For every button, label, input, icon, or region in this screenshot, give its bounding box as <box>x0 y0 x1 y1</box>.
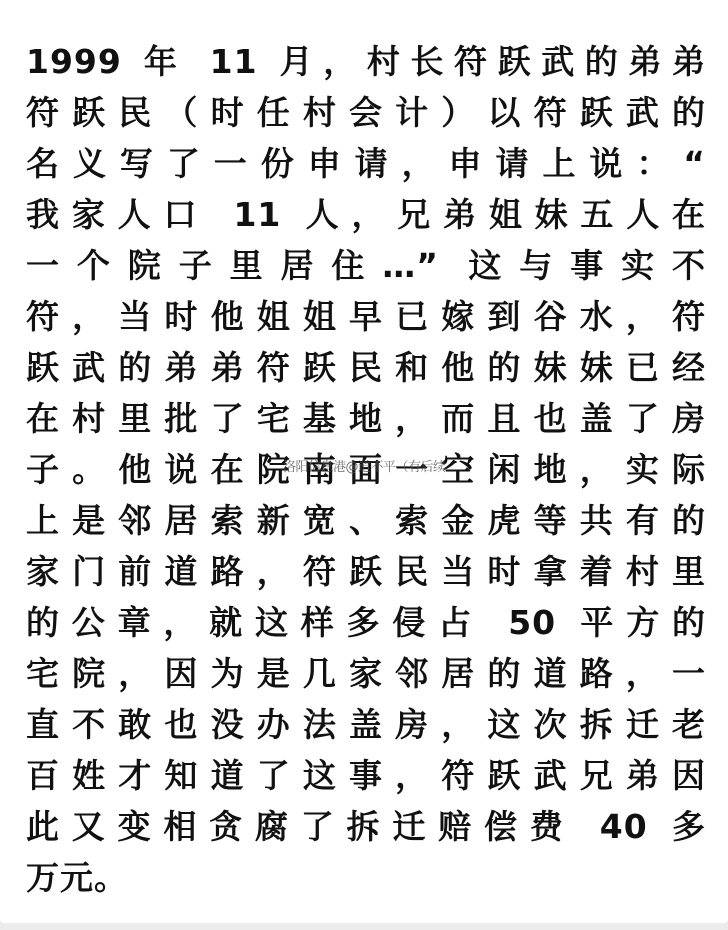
article-line-12: 的公章，就这样多侵占 50 平方的 <box>26 597 706 648</box>
article-line-10: 上是邻居索新宽、索金虎等共有的 <box>26 495 706 546</box>
article-line-2: 符跃民（时任村会计）以符跃武的 <box>26 87 706 138</box>
article-line-4: 我家人口 11 人，兄弟姐妹五人在 <box>26 189 706 240</box>
article-line-15: 百姓才知道了这事，符跃武兄弟因 <box>26 750 706 801</box>
article-card: 1999 年 11 月，村长符跃武的弟弟 符跃民（时任村会计）以符跃武的 名义写… <box>0 0 728 923</box>
article-line-8: 在村里批了宅基地，而且也盖了房 <box>26 393 706 444</box>
article-line-16: 此又变相贪腐了拆迁赔偿费 40 多 <box>26 801 706 852</box>
article-line-11: 家门前道路，符跃民当时拿着村里 <box>26 546 706 597</box>
article-line-5: 一个院子里居住…” 这与事实不 <box>26 240 706 291</box>
article-line-13: 宅院，因为是几家邻居的道路，一 <box>26 648 706 699</box>
article-line-3: 名义写了一份申请，申请上说：“ <box>26 138 706 189</box>
article-line-6: 符，当时他姐姐早已嫁到谷水，符 <box>26 291 706 342</box>
article-line-7: 跃武的弟弟符跃民和他的妹妹已经 <box>26 342 706 393</box>
article-line-1: 1999 年 11 月，村长符跃武的弟弟 <box>26 36 706 87</box>
watermark: 洛阳信息港@道不平（有后续 <box>283 456 446 475</box>
article-line-17: 万元。 <box>26 852 706 903</box>
article-line-14: 直不敢也没办法盖房，这次拆迁老 <box>26 699 706 750</box>
